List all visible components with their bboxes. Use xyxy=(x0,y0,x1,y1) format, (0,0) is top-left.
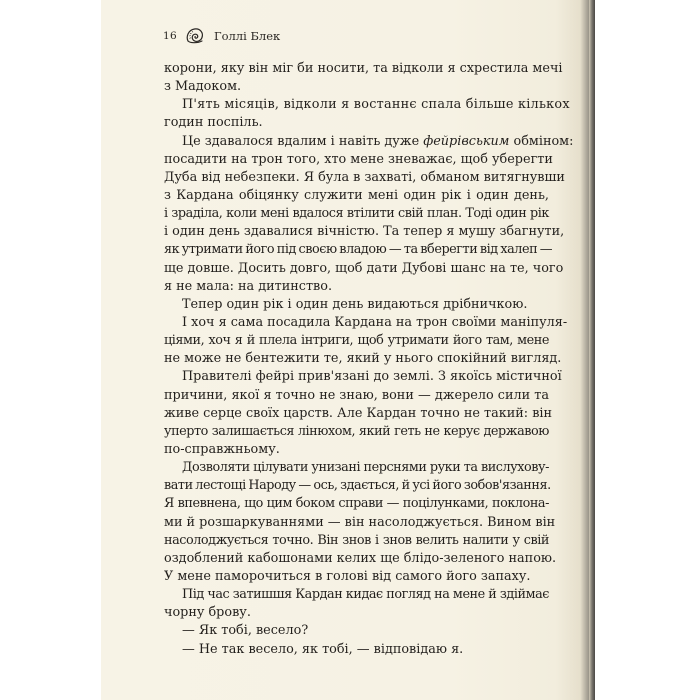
text-line: Я впевнена, що цим боком справи — поцілу… xyxy=(164,495,549,513)
paragraph: корони, яку він міг би носити, та відкол… xyxy=(164,60,549,96)
text-line: посадити на трон того, хто мене зневажає… xyxy=(164,151,549,169)
paragraph: Це здавалося вдалим і навіть дуже фейрів… xyxy=(164,133,549,296)
text-line: ще довше. Досить довго, щоб дати Дубові … xyxy=(164,260,549,278)
text-line: Дуба від небезпеки. Я була в захваті, об… xyxy=(164,169,549,187)
paragraph: І хоч я сама посадила Кардана на трон св… xyxy=(164,314,549,368)
paragraph: П'ять місяців, відколи я востаннє спала … xyxy=(164,96,549,132)
italic-word: фейрівським xyxy=(423,134,509,149)
text-line: уперто залишається лінюхом, який геть не… xyxy=(164,423,549,441)
text-line: по-справжньому. xyxy=(164,441,549,459)
book-page: 16 Голлі Блек корони, яку він міг би нос… xyxy=(101,0,595,700)
body-text: корони, яку він міг би носити, та відкол… xyxy=(164,60,549,659)
text-line: корони, яку він міг би носити, та відкол… xyxy=(164,60,549,78)
text-run: обміном: xyxy=(509,134,573,149)
paragraph: Тепер один рік і один день видаються дрі… xyxy=(164,296,549,314)
running-title: Голлі Блек xyxy=(214,29,280,43)
text-line: оздоблений кабошонами келих ще блідо-зел… xyxy=(164,550,549,568)
text-line: Дозволяти цілувати унизані перснями руки… xyxy=(164,459,549,477)
text-line: І хоч я сама посадила Кардана на трон св… xyxy=(164,314,549,332)
text-line: годин поспіль. xyxy=(164,114,549,132)
dialogue-line: — Як тобі, весело? xyxy=(164,622,549,640)
paragraph: Дозволяти цілувати унизані перснями руки… xyxy=(164,459,549,586)
text-line: вати лестощі Народу — ось, здається, й у… xyxy=(164,477,549,495)
dialogue-line: — Не так весело, як тобі, — відповідаю я… xyxy=(164,641,549,659)
snail-shell-icon xyxy=(185,26,205,46)
text-line: насолоджується точно. Він знов і знов ве… xyxy=(164,532,549,550)
text-line: я не мала: на дитинство. xyxy=(164,278,549,296)
page-number: 16 xyxy=(163,30,177,42)
text-line: чорну брову. xyxy=(164,604,549,622)
text-line: ціями, хоч я й плела інтриги, щоб утрима… xyxy=(164,332,549,350)
text-line: причини, якої я точно не знаю, вони — дж… xyxy=(164,387,549,405)
text-line: з Мадоком. xyxy=(164,78,549,96)
text-line: і зраділа, коли мені вдалося втілити сві… xyxy=(164,205,549,223)
text-line: У мене паморочиться в голові від самого … xyxy=(164,568,549,586)
paragraph: Під час затишшя Кардан кидає погляд на м… xyxy=(164,586,549,622)
text-line: з Кардана обіцянку служити мені один рік… xyxy=(164,187,549,205)
text-line: і один день здавалися вічністю. Та тепер… xyxy=(164,223,549,241)
text-line: — Не так весело, як тобі, — відповідаю я… xyxy=(164,641,549,659)
text-run: Це здавалося вдалим і навіть дуже xyxy=(182,134,423,149)
text-line: ми й розшаркуваннями — він насолоджуєтьс… xyxy=(164,514,549,532)
text-line: П'ять місяців, відколи я востаннє спала … xyxy=(164,96,549,114)
text-line: живе серце своїх царств. Але Кардан точн… xyxy=(164,405,549,423)
text-line: Правителі фейрі прив'язані до землі. З я… xyxy=(164,368,549,386)
running-header: 16 Голлі Блек xyxy=(163,26,280,46)
paragraph: Правителі фейрі прив'язані до землі. З я… xyxy=(164,368,549,459)
text-line: Тепер один рік і один день видаються дрі… xyxy=(164,296,549,314)
text-line: не може не бентежити те, який у нього сп… xyxy=(164,350,549,368)
text-line: Це здавалося вдалим і навіть дуже фейрів… xyxy=(164,133,549,151)
text-line: — Як тобі, весело? xyxy=(164,622,549,640)
page-gutter-shadow xyxy=(589,0,595,700)
text-line: Під час затишшя Кардан кидає погляд на м… xyxy=(164,586,549,604)
text-line: як утримати його під своєю владою — та в… xyxy=(164,241,549,259)
